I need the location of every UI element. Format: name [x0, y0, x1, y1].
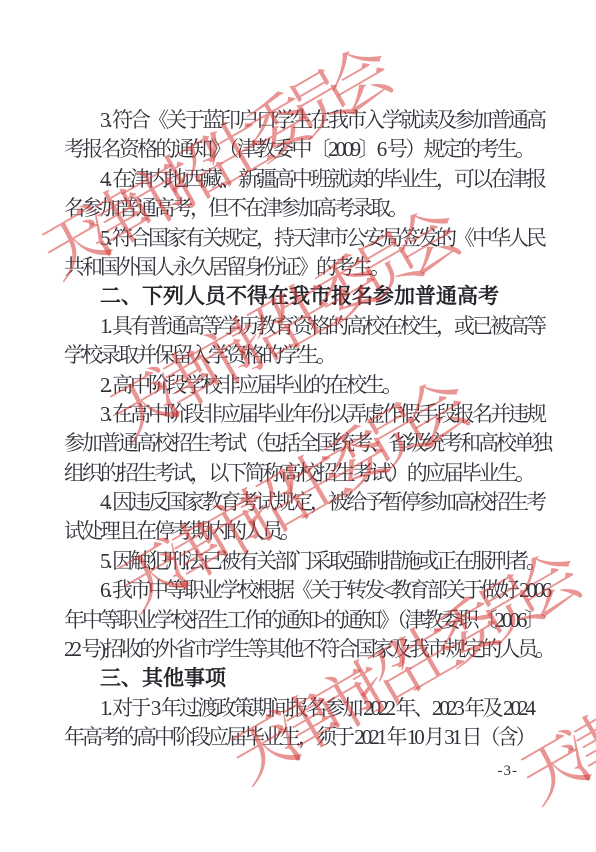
- para-line: 年高考的高中阶段应届毕业生，须于 2021 年 10 月 31 日（含）: [64, 723, 533, 752]
- document-body: 3. 符合《关于蓝印户口学生在我市入学就读及参加普通高 考报名资格的通知》（津教…: [64, 106, 533, 753]
- para-line: 5. 符合国家有关规定，持天津市公安局签发的《中华人民: [64, 224, 533, 253]
- para-line: 4. 在津内地西藏、新疆高中班就读的毕业生，可以在津报: [64, 165, 533, 194]
- para-line: 2. 高中阶段学校非应届毕业的在校生。: [64, 371, 533, 400]
- para-line: 1. 具有普通高等学历教育资格的高校在校生，或已被高等: [64, 312, 533, 341]
- para-line: 4. 因违反国家教育考试规定，被给予暂停参加高校招生考: [64, 488, 533, 517]
- para-line: 3. 符合《关于蓝印户口学生在我市入学就读及参加普通高: [64, 106, 533, 135]
- para-line: 5. 因触犯刑法已被有关部门采取强制措施或正在服刑者。: [64, 547, 533, 576]
- section-2-heading: 二、下列人员不得在我市报名参加普通高考: [64, 282, 533, 311]
- page-number: -3-: [498, 762, 519, 780]
- para-line: 组织的招生考试，以下简称高校招生考试）的应届毕业生。: [64, 459, 533, 488]
- para-line: 名参加普通高考，但不在津参加高考录取。: [64, 194, 533, 223]
- document-page: 3. 符合《关于蓝印户口学生在我市入学就读及参加普通高 考报名资格的通知》（津教…: [0, 0, 596, 852]
- para-line: 共和国外国人永久居留身份证》的考生。: [64, 253, 533, 282]
- para-line: 考报名资格的通知》（津教委中〔2009〕6 号）规定的考生。: [64, 135, 533, 164]
- para-line: 3. 在高中阶段非应届毕业年份以弄虚作假手段报名并违规: [64, 400, 533, 429]
- para-line: 1. 对于 3 年过渡政策期间报名参加 2022 年、2023 年及 2024: [64, 694, 533, 723]
- section-3-heading: 三、其他事项: [64, 664, 533, 693]
- para-line: 参加普通高校招生考试（包括全国统考、省级统考和高校单独: [64, 429, 533, 458]
- para-line: 22 号)招收的外省市学生等其他不符合国家及我市规定的人员。: [64, 635, 533, 664]
- para-line: 6. 我市中等职业学校根据《关于转发<教育部关于做好 2006: [64, 576, 533, 605]
- para-line: 试处理且在停考期内的人员。: [64, 517, 533, 546]
- para-line: 学校录取并保留入学资格的学生。: [64, 341, 533, 370]
- para-line: 年中等职业学校招生工作的通知>的通知》（津教委职〔2006〕: [64, 606, 533, 635]
